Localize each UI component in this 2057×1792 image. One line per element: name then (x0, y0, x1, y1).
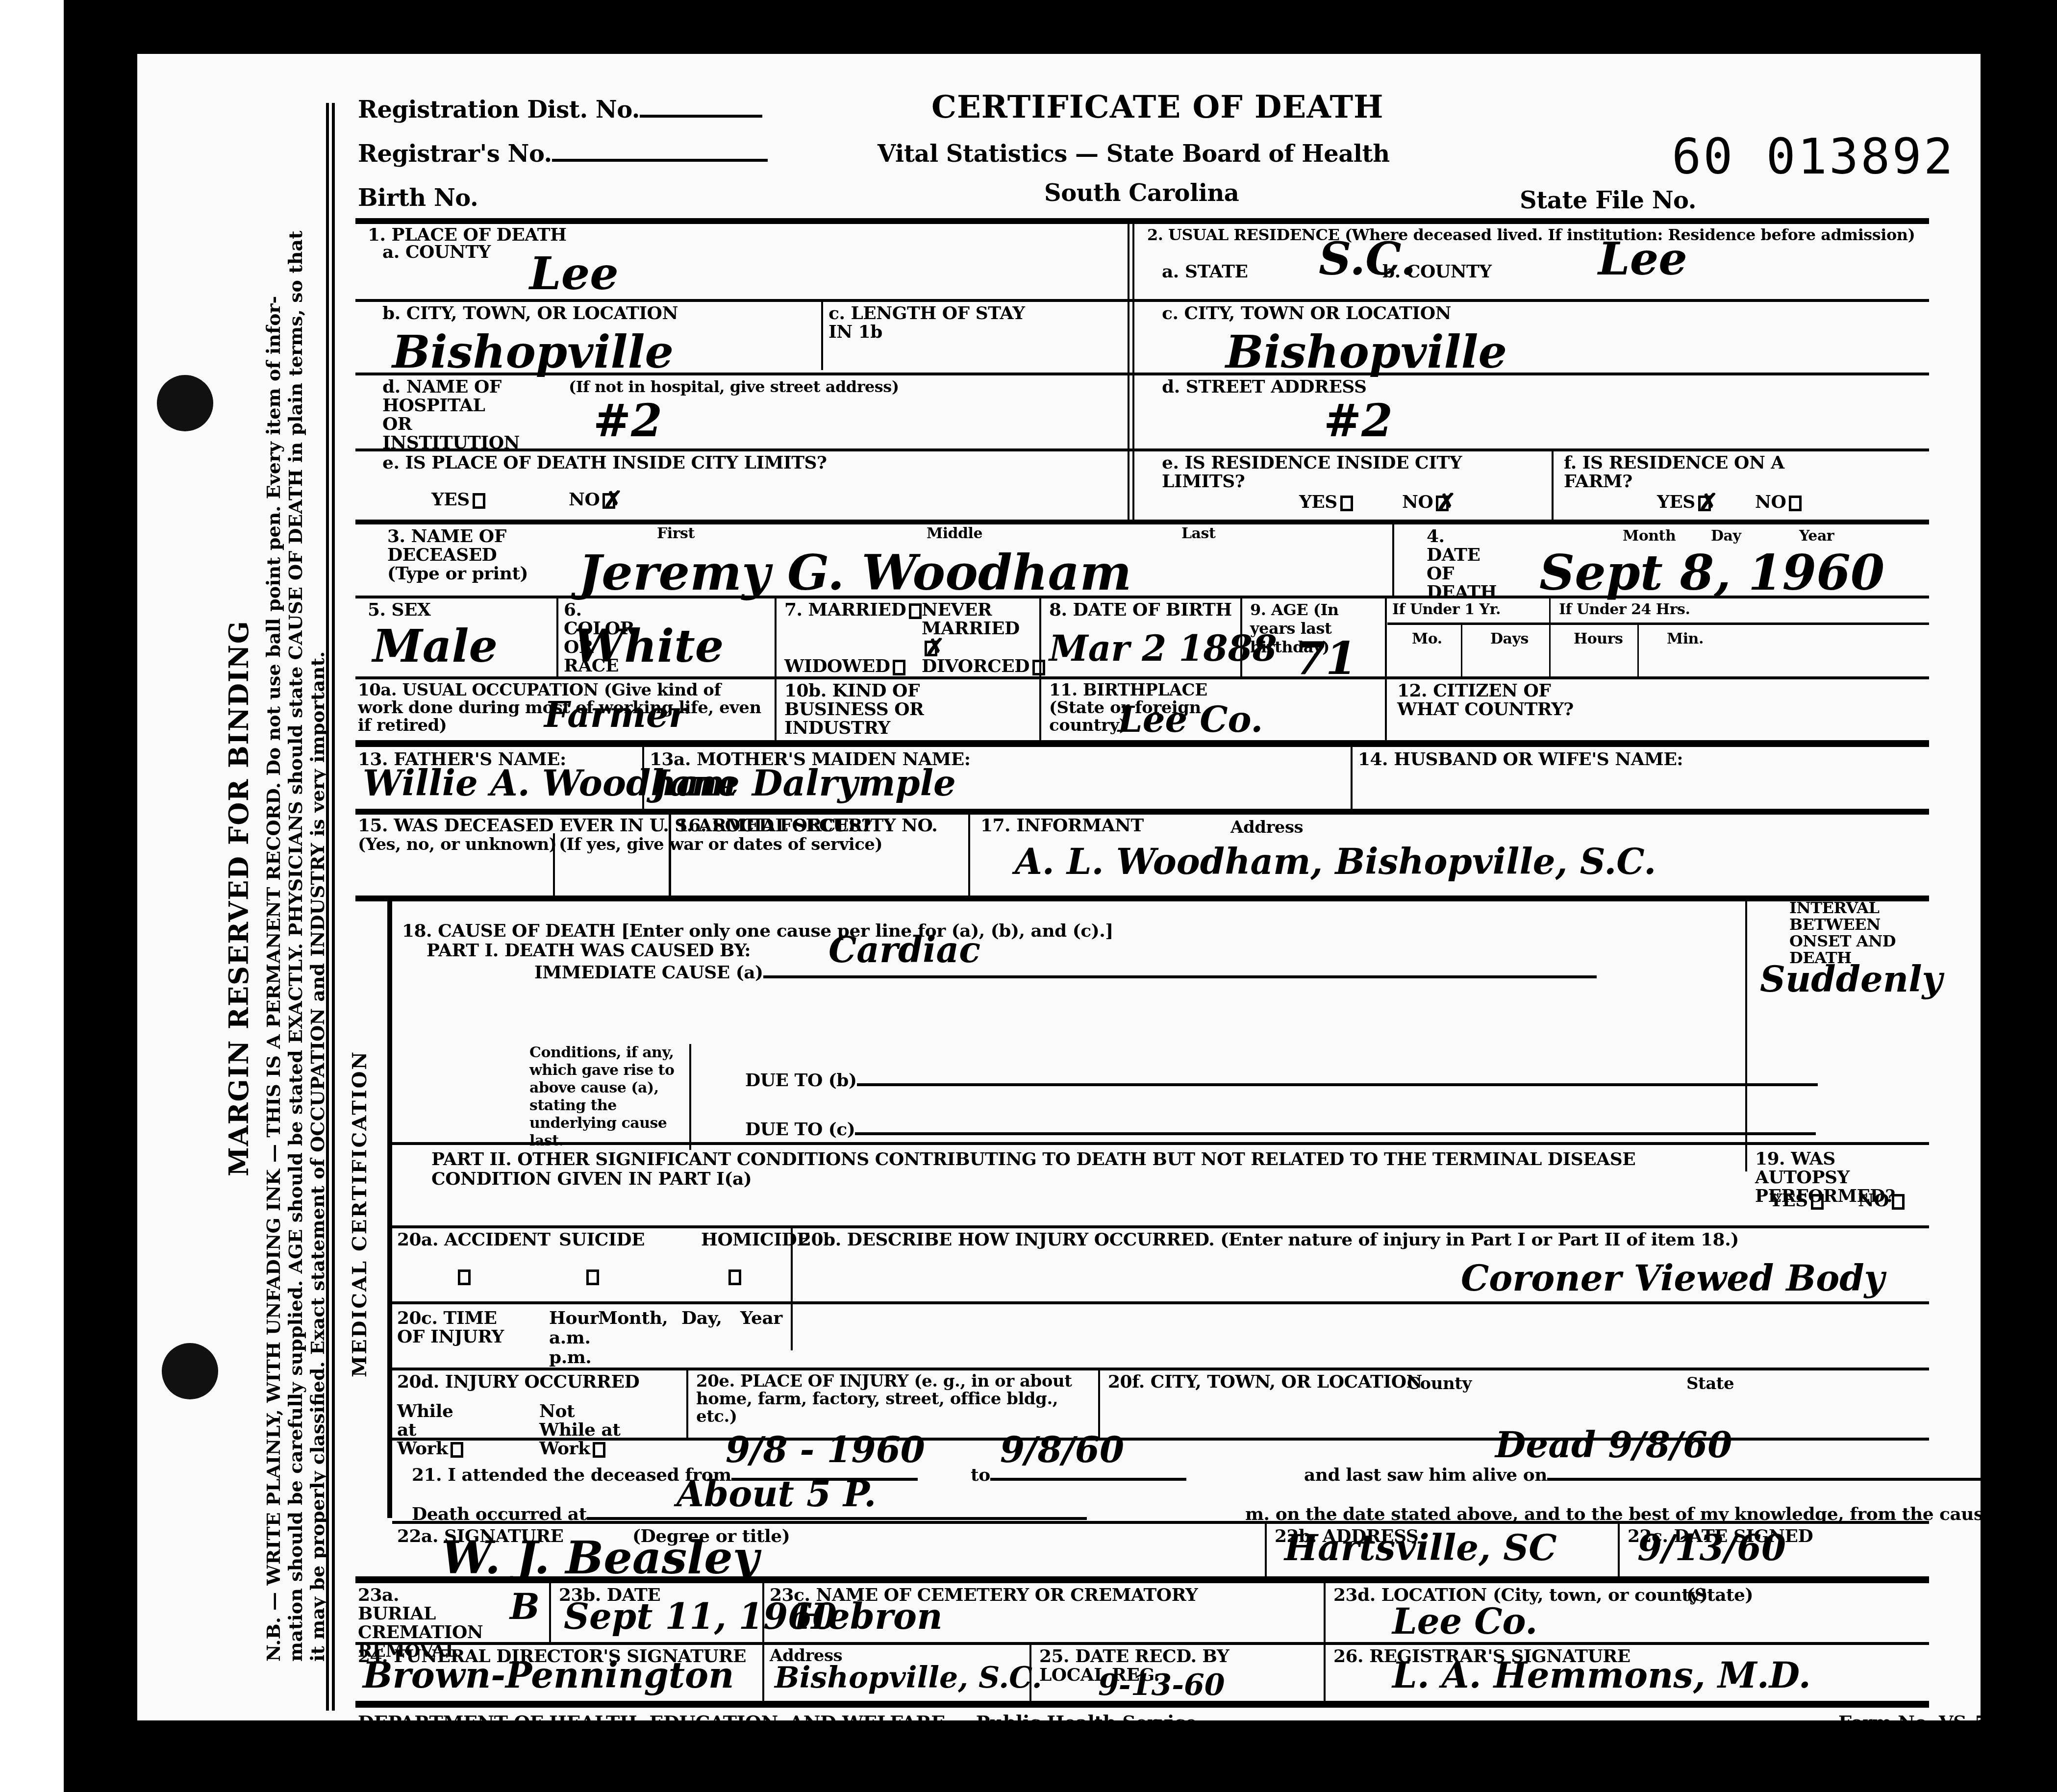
footer-department: DEPARTMENT OF HEALTH, EDUCATION, AND WEL… (358, 1713, 1197, 1732)
accident-label: 20a. ACCIDENT (397, 1230, 550, 1249)
registrar-value: L. A. Hemmons, M.D. (1392, 1657, 1811, 1694)
dob-label: 8. DATE OF BIRTH (1049, 600, 1232, 619)
autopsy-no[interactable]: NO (1858, 1191, 1905, 1210)
last-name-label: Last (1181, 524, 1215, 543)
res-inside-yes[interactable]: YES (1299, 493, 1353, 511)
rule-top (355, 218, 1929, 224)
farm-no-checkbox[interactable] (1789, 496, 1802, 511)
informant-address-label: Address (1230, 819, 1303, 836)
place-of-injury-label: 20e. PLACE OF INJURY (e. g., in or about… (696, 1372, 1088, 1425)
rule-center-double-2 (1132, 221, 1134, 520)
death-certificate: MARGIN RESERVED FOR BINDING N.B. — WRITE… (137, 54, 1981, 1720)
rule-sig-divider (1265, 1522, 1267, 1576)
rule-funeral-top (355, 1642, 1929, 1645)
deceased-name-value: Jeremy G. Woodham (578, 549, 1131, 596)
rule-af-sub-divider (553, 833, 555, 897)
autopsy-yes-checkbox[interactable] (1811, 1194, 1824, 1210)
describe-injury-label: 20b. DESCRIBE HOW INJURY OCCURRED. (Ente… (799, 1230, 1739, 1249)
pod-inside-city-label: e. IS PLACE OF DEATH INSIDE CITY LIMITS? (382, 453, 827, 472)
margin-note-line2: mation should be carefully supplied. AGE… (284, 231, 306, 1662)
rule-days (1549, 598, 1551, 676)
rule-center-double (1128, 221, 1129, 520)
date-of-death-label: 4. DATE OF DEATH (1427, 527, 1490, 601)
rule-cemetery-divider (762, 1581, 764, 1642)
attended-to-value: 9/8/60 (1000, 1431, 1124, 1468)
rule-injury-row3 (392, 1368, 1929, 1370)
color-value: White (574, 622, 724, 670)
rule-datesigned-divider (1618, 1522, 1620, 1576)
interval-label: INTERVAL BETWEEN ONSET AND DEATH (1789, 899, 1917, 966)
pod-county-value: Lee (529, 250, 619, 297)
state-file-label: State File No. (1520, 191, 1696, 210)
pod-county-label: a. COUNTY (382, 243, 491, 261)
hospital-value: #2 (593, 397, 662, 444)
rule-dob-divider (1240, 598, 1242, 676)
suicide-checkbox[interactable] (586, 1269, 599, 1285)
rule-row3 (355, 448, 1929, 451)
funeral-director-value: Brown-Pennington (363, 1657, 734, 1694)
rule-father-divider (642, 745, 644, 809)
injury-city-label: 20f. CITY, TOWN, OR LOCATION (1108, 1372, 1422, 1391)
rule-bottom (355, 1701, 1929, 1708)
margin-note-line3: it may be properly classified. Exact sta… (306, 651, 328, 1662)
rule-color-divider (775, 598, 777, 740)
rule-burial-top (355, 1576, 1929, 1583)
margin-double-rule (326, 103, 329, 1711)
while-work-checkbox[interactable] (451, 1442, 463, 1458)
rule-informant-divider (968, 815, 970, 896)
rule-row4 (355, 520, 1929, 524)
dob-value: Mar 2 1888 (1049, 630, 1277, 667)
state-name: South Carolina (1044, 184, 1239, 202)
dod-month-label: Month (1623, 527, 1676, 546)
birthplace-value: Lee Co. (1118, 701, 1263, 738)
rule-injury-top (392, 1225, 1929, 1228)
am-label: a.m. (549, 1328, 590, 1347)
pod-city-value: Bishopville (392, 328, 674, 375)
last-saw-value: Dead 9/8/60 (1495, 1426, 1732, 1464)
res-street-label: d. STREET ADDRESS (1162, 377, 1367, 396)
occupation-value: Farmer (544, 696, 687, 733)
autopsy-no-checkbox[interactable] (1892, 1194, 1905, 1210)
rule-dod-divider (1392, 522, 1394, 596)
rule-location-divider (1324, 1581, 1326, 1701)
rule-fd-divider (762, 1644, 764, 1701)
rule-sex-divider (556, 598, 558, 676)
part1-label: PART I. DEATH WAS CAUSED BY: (426, 941, 751, 960)
location-value: Lee Co. (1392, 1603, 1537, 1640)
margin-note-line1: N.B. — WRITE PLAINLY, WITH UNFADING INK … (262, 296, 284, 1662)
rule-daterecd-divider (1029, 1644, 1031, 1701)
res-county-value: Lee (1598, 235, 1687, 282)
rule-injury-row2 (392, 1301, 1929, 1304)
hours-label: Hours (1574, 630, 1623, 648)
res-inside-no[interactable]: NO (1402, 493, 1449, 511)
rule-age-divider (1385, 598, 1387, 740)
never-married-option[interactable]: NEVER MARRIED (922, 600, 1010, 656)
rule-row6 (355, 676, 1929, 679)
conditions-note: Conditions, if any, which gave rise to a… (529, 1044, 691, 1150)
pod-city-label: b. CITY, TOWN, OR LOCATION (382, 304, 678, 323)
rule-medical-left (387, 896, 392, 1518)
accident-checkbox[interactable] (458, 1269, 471, 1285)
burial-value: B (510, 1588, 540, 1625)
attended-from-value: 9/8 - 1960 (726, 1431, 925, 1468)
informant-value: A. L. Woodham, Bishopville, S.C. (1015, 843, 1656, 880)
residence-heading: 2. USUAL RESIDENCE (Where deceased lived… (1147, 225, 1932, 244)
margin-binding-text: MARGIN RESERVED FOR BINDING (223, 620, 254, 1176)
part2-label: PART II. OTHER SIGNIFICANT CONDITIONS CO… (431, 1149, 1735, 1189)
mo-label: Mo. (1412, 630, 1442, 648)
not-while-work-checkbox[interactable] (593, 1442, 605, 1458)
rule-city-divider (1098, 1369, 1100, 1438)
pm-label: p.m. (549, 1348, 591, 1367)
rule-row1 (355, 299, 1929, 302)
rule-mother-divider (1351, 745, 1353, 809)
divorced-option[interactable]: DIVORCED (922, 657, 1045, 675)
pod-no-checkbox[interactable] (602, 493, 615, 509)
rule-row5 (355, 596, 1929, 598)
date-of-death-value: Sept 8, 1960 (1539, 549, 1884, 596)
sig-address-value: Hartsville, SC (1284, 1529, 1557, 1567)
due-to-b-label: DUE TO (b) (745, 1071, 1818, 1090)
while-work-option[interactable]: While at Work (397, 1402, 466, 1458)
certificate-subtitle: Vital Statistics — State Board of Health (878, 145, 1390, 163)
farm-no[interactable]: NO (1755, 493, 1802, 511)
last-saw-label: and last saw him alive on (1304, 1466, 1988, 1484)
scan-edge-white (0, 0, 64, 1792)
married-option[interactable]: 7. MARRIED (784, 600, 922, 619)
min-label: Min. (1667, 630, 1704, 648)
name-label: 3. NAME OF DECEASED (Type or print) (387, 527, 534, 583)
sex-label: 5. SEX (368, 600, 430, 619)
rule-stay-divider (821, 301, 823, 370)
res-inside-city-label: e. IS RESIDENCE INSIDE CITY LIMITS? (1162, 453, 1505, 491)
rule-signature-top (392, 1521, 1929, 1524)
rule-place-divider (686, 1369, 688, 1438)
citizen-label: 12. CITIZEN OF WHAT COUNTRY? (1397, 681, 1618, 719)
sex-value: Male (373, 622, 498, 670)
rule-mo (1461, 622, 1462, 676)
scan-edge-black (64, 0, 137, 1792)
widowed-checkbox[interactable] (893, 660, 905, 675)
rule-row8 (355, 809, 1929, 815)
immediate-cause-value: Cardiac (828, 931, 980, 969)
age-value: 71 (1294, 635, 1357, 682)
funeral-address-value: Bishopville, S.C. (775, 1659, 1042, 1696)
autopsy-yes[interactable]: YES (1770, 1191, 1824, 1210)
married-checkbox[interactable] (909, 603, 922, 619)
armed-forces-sub1: (Yes, no, or unknown) (358, 836, 556, 853)
due-to-c-label: DUE TO (c) (745, 1120, 1816, 1139)
injury-occurred-label: 20d. INJURY OCCURRED (397, 1372, 639, 1391)
inj-month-label: Month, (598, 1309, 668, 1327)
dod-day-label: Day (1711, 527, 1741, 546)
immediate-cause-label: IMMEDIATE CAUSE (a) (534, 963, 1597, 982)
interval-value: Suddenly (1760, 961, 1942, 998)
registrars-no-label: Registrar's No. (358, 145, 768, 163)
res-state-label: a. STATE (1162, 262, 1248, 281)
farm-yes[interactable]: YES (1657, 493, 1711, 511)
hour-label: Hour (549, 1309, 599, 1327)
pod-inside-no[interactable]: NO (569, 490, 615, 509)
rule-farm-divider (1552, 451, 1554, 520)
inj-day-label: Day, (681, 1309, 722, 1327)
under-24hr-label: If Under 24 Hrs. (1559, 600, 1690, 619)
date-recd-value: 9-13-60 (1098, 1667, 1225, 1704)
location-state-label: (State) (1686, 1586, 1753, 1604)
margin-double-rule-2 (332, 103, 335, 1711)
res-street-value: #2 (1324, 397, 1393, 444)
rule-af-divider (669, 815, 671, 896)
rule-burialdate-divider (549, 1581, 551, 1642)
middle-name-label: Middle (927, 524, 982, 543)
farm-yes-checkbox[interactable] (1698, 496, 1711, 511)
injury-county-label: County (1407, 1375, 1472, 1393)
rule-part2 (392, 1142, 1929, 1145)
rule-medical-top (355, 896, 1929, 901)
registration-dist-label: Registration Dist. No. (358, 100, 762, 119)
injury-state-label: State (1686, 1375, 1734, 1393)
days-label: Days (1490, 630, 1529, 648)
hospital-label: d. NAME OF HOSPITAL OR INSTITUTION (382, 377, 520, 452)
birth-no-label: Birth No. (358, 189, 478, 207)
time-of-injury-label: 20c. TIME OF INJURY (397, 1309, 505, 1346)
homicide-label: HOMICIDE (701, 1230, 810, 1249)
divorced-checkbox[interactable] (1032, 660, 1045, 675)
cause-heading: 18. CAUSE OF DEATH [Enter only one cause… (402, 921, 1113, 940)
rule-under-sub (1387, 622, 1929, 625)
res-county-label: b. COUNTY (1382, 262, 1492, 281)
spouse-label: 14. HUSBAND OR WIFE'S NAME: (1358, 750, 1683, 769)
pod-yes-checkbox[interactable] (473, 493, 485, 509)
ssn-label: 16. SOCIAL SECURITY NO. (677, 816, 937, 835)
informant-label: 17. INFORMANT (980, 816, 1144, 835)
res-no-checkbox[interactable] (1436, 496, 1449, 511)
rule-row7 (355, 740, 1929, 747)
punch-hole-top (157, 375, 213, 431)
rule-injury-divider (791, 1228, 793, 1350)
first-name-label: First (657, 524, 695, 543)
suicide-label: SUICIDE (559, 1230, 645, 1249)
state-file-number: 60 013892 (1672, 130, 1955, 184)
res-yes-checkbox[interactable] (1340, 496, 1353, 511)
medical-certification-label: MEDICAL CERTIFICATION (348, 1050, 371, 1377)
rule-hours (1637, 622, 1639, 676)
death-occurred-value: About 5 P. (677, 1475, 876, 1513)
not-while-work-option[interactable]: Not While at Work (539, 1402, 627, 1458)
certificate-title: CERTIFICATE OF DEATH (931, 98, 1384, 117)
res-city-label: c. CITY, TOWN OR LOCATION (1162, 304, 1451, 323)
date-signed-value: 9/13/60 (1637, 1529, 1786, 1567)
length-of-stay-label: c. LENGTH OF STAY IN 1b (828, 304, 1034, 341)
mother-value: Jane Dalrymple (652, 765, 956, 802)
signature-value: W. J. Beasley (441, 1534, 759, 1581)
business-label: 10b. KIND OF BUSINESS OR INDUSTRY (784, 681, 1020, 737)
never-married-checkbox[interactable] (925, 641, 937, 656)
under-1yr-label: If Under 1 Yr. (1392, 600, 1501, 619)
describe-injury-value: Coroner Viewed Body (1461, 1260, 1884, 1297)
inj-year-label: Year (740, 1309, 782, 1327)
footer-form-no: Form No. VS-5 (1838, 1713, 1987, 1732)
homicide-checkbox[interactable] (728, 1269, 741, 1285)
hospital-hint: (If not in hospital, give street address… (569, 377, 899, 396)
armed-forces-sub2: (If yes, give war or dates of service) (559, 836, 882, 853)
dod-year-label: Year (1799, 527, 1834, 546)
cemetery-value: Hebron (794, 1598, 942, 1635)
res-city-value: Bishopville (1226, 328, 1507, 375)
rule-row2 (355, 373, 1929, 375)
rule-marital-divider (1039, 598, 1041, 740)
pod-inside-yes[interactable]: YES (431, 490, 485, 509)
farm-label: f. IS RESIDENCE ON A FARM? (1564, 453, 1809, 491)
punch-hole-bottom (162, 1343, 218, 1399)
widowed-option[interactable]: WIDOWED (784, 657, 905, 675)
